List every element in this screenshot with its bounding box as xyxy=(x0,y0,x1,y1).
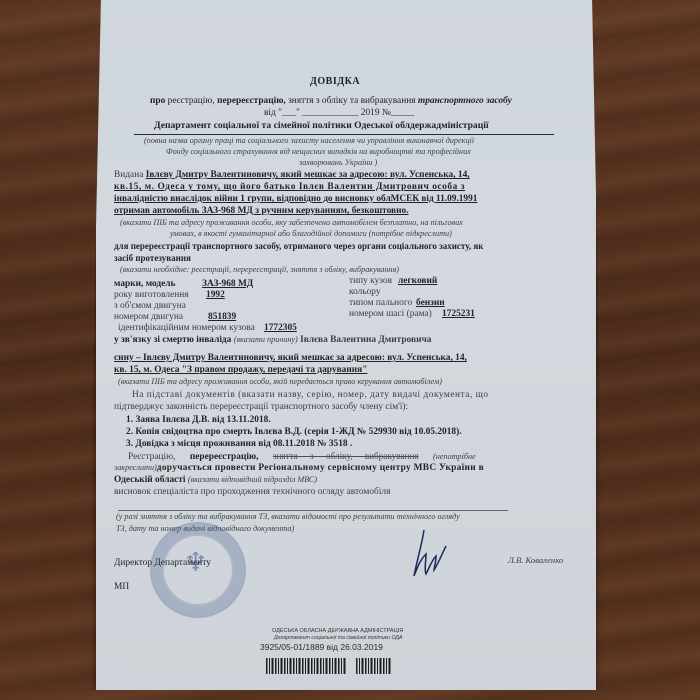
chassis-value: 1725231 xyxy=(442,309,475,319)
make-label: марки, модель xyxy=(114,279,176,289)
document-title: ДОВІДКА xyxy=(310,76,360,87)
chassis-label: номером шасі (рама) xyxy=(349,309,432,319)
document-item-3: 3. Довідка з місця проживання від 08.11.… xyxy=(126,439,352,449)
basis-line-1: На підставі документів (вказати назву, с… xyxy=(132,390,489,400)
department-hint-2: Фонду соціального страхування від нещасн… xyxy=(166,147,471,156)
department-hint-3: захворювань України ) xyxy=(299,158,377,167)
body-type-label: типу кузов xyxy=(349,276,392,286)
basis-line-2: підтверджує законність перереєстрації тр… xyxy=(114,402,408,412)
body-id-value: 1772305 xyxy=(264,323,297,333)
engine-number-value: 851839 xyxy=(208,312,236,322)
inspection-underline xyxy=(118,510,508,511)
engine-volume-label: з об'ємом двигуна xyxy=(114,301,186,311)
department-hint-1: (повна назва органу праці та соціального… xyxy=(144,136,474,145)
fuel-value: бензин xyxy=(416,298,445,308)
registration-dept: Департамент соціальної та сімейної політ… xyxy=(274,635,402,641)
purpose-line-2: засіб протезування xyxy=(114,253,191,263)
issued-line-4: отримав автомобіль ЗАЗ-968 МД з ручним к… xyxy=(114,206,409,216)
body-id-label: ідентифікаційним номером кузова xyxy=(118,323,255,333)
barcode-left xyxy=(266,658,346,674)
color-label: кольору xyxy=(349,287,381,297)
transfer-hint: (вказати ПІБ та адресу проживання особи,… xyxy=(118,377,442,386)
issued-line-1: Видана Івлєву Дмитру Валентиновичу, який… xyxy=(114,170,470,180)
year-value: 1992 xyxy=(206,290,225,300)
fuel-label: типом пального xyxy=(349,298,412,308)
subtitle: про реєстрацію, перереєстрацію, зняття з… xyxy=(150,96,512,106)
department-name: Департамент соціальної та сімейної політ… xyxy=(154,120,489,131)
inspection-hint-1: (у разі зняття з обліку та вибракування … xyxy=(116,512,460,521)
document-paper: ДОВІДКА про реєстрацію, перереєстрацію, … xyxy=(96,0,596,690)
transfer-line-2: кв. 15, м. Одеса "З правом продажу, пере… xyxy=(114,365,367,375)
signature-icon xyxy=(404,526,454,586)
reason-line: у зв'язку зі смертю інваліда (вказати пр… xyxy=(114,335,431,345)
issued-hint-1: (вказати ПІБ та адресу проживання особи,… xyxy=(120,218,463,227)
instruction-line-3: Одеській області (вказати відповідний пі… xyxy=(114,475,317,485)
make-value: ЗАЗ-968 МД xyxy=(202,279,253,289)
signatory-title: Директор Департаменту xyxy=(114,558,211,568)
purpose-hint: (вказати необхідне: реєстрації, перереєс… xyxy=(120,265,399,274)
registration-number: 3925/05-01/1889 від 26.03.2019 xyxy=(260,642,383,652)
department-underline xyxy=(134,134,554,135)
transfer-line-1: сину – Івлєву Дмитру Валентиновичу, який… xyxy=(114,353,467,363)
seal-label: МП xyxy=(114,582,129,592)
date-line: від "___" ____________ 2019 №_____ xyxy=(264,108,414,118)
document-item-2: 2. Копія свідоцтва про смерть Івлєва В.Д… xyxy=(126,427,462,437)
signatory-name: Л.В. Коваленко xyxy=(508,555,563,565)
document-item-1: 1. Заява Івлєва Д.В. від 13.11.2018. xyxy=(126,415,271,425)
registration-org: ОДЕСЬКА ОБЛАСНА ДЕРЖАВНА АДМІНІСТРАЦІЯ xyxy=(272,628,403,634)
purpose-line-1: для перереєстрації транспортного засобу,… xyxy=(114,241,483,251)
issued-hint-2: умовах, в якості гуманітарної або благод… xyxy=(170,229,452,238)
instruction-line-2: закреслити)доручається провести Регіонал… xyxy=(114,463,484,473)
barcode-right xyxy=(356,658,392,674)
issued-line-3: інвалідністю внаслідок війни 1 групи, ві… xyxy=(114,194,477,204)
engine-number-label: номером двигуна xyxy=(114,312,183,322)
issued-line-2: кв.15, м. Одеса у тому, що його батько І… xyxy=(114,182,465,192)
body-type-value: легковий xyxy=(398,276,437,286)
inspection-label: висновок спеціаліста про проходження тех… xyxy=(114,487,390,497)
year-label: року виготовлення xyxy=(114,290,189,300)
instruction-line-1: Реєстрацію, перереєстрацію, зняття з обл… xyxy=(128,451,476,462)
